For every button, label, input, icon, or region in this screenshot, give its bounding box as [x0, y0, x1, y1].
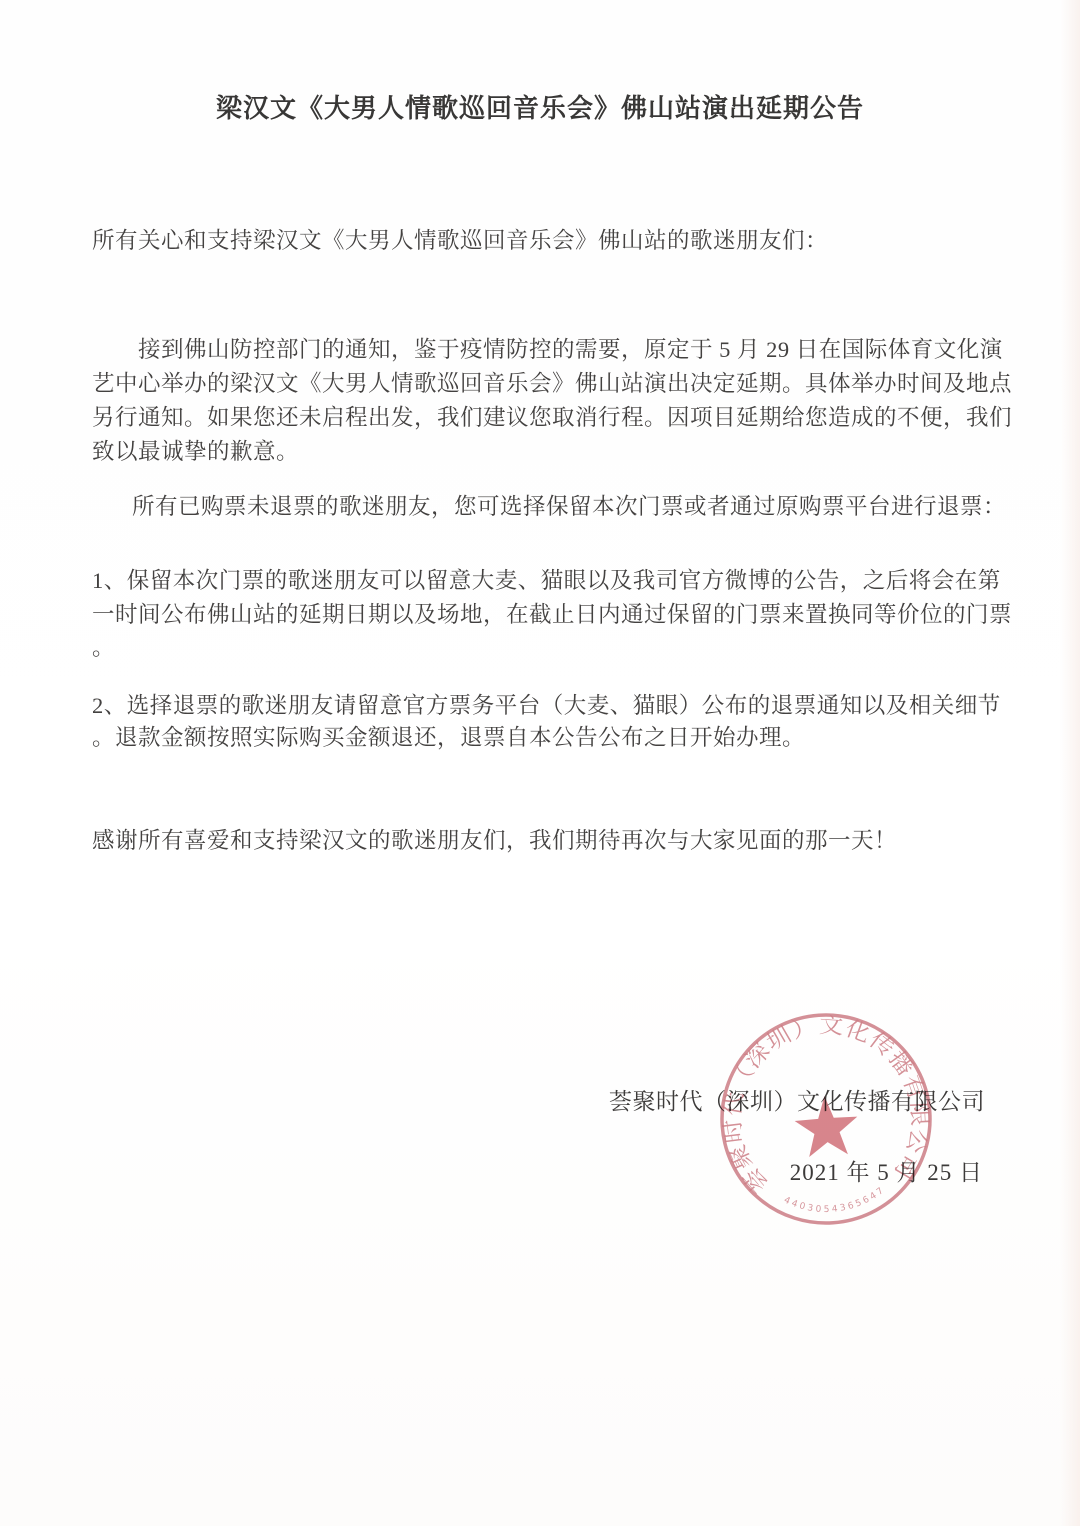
paragraph-line: 致以最诚挚的歉意。 [92, 435, 990, 469]
paragraph-ticket-options: 所有已购票未退票的歌迷朋友，您可选择保留本次门票或者通过原购票平台进行退票： [92, 490, 990, 524]
paragraph-line: 另行通知。如果您还未启程出发，我们建议您取消行程。因项目延期给您造成的不便，我们 [92, 401, 990, 435]
list-item-line: 。退款金额按照实际购买金额退还，退票自本公告公布之日开始办理。 [92, 722, 990, 754]
list-item-refund: 2、选择退票的歌迷朋友请留意官方票务平台（大麦、猫眼）公布的退票通知以及相关细节… [92, 690, 990, 754]
page-title: 梁汉文《大男人情歌巡回音乐会》佛山站演出延期公告 [0, 88, 1080, 125]
thanks-line: 感谢所有喜爱和支持梁汉文的歌迷朋友们，我们期待再次与大家见面的那一天！ [92, 824, 990, 858]
official-seal: 荟聚时代（深圳）文化传播有限公司 4403054365647 [709, 1002, 944, 1237]
list-item-keep-ticket: 1、保留本次门票的歌迷朋友可以留意大麦、猫眼以及我司官方微博的公告，之后将会在第… [92, 564, 990, 665]
list-item-line: 。 [92, 631, 990, 665]
paragraph-line: 接到佛山防控部门的通知，鉴于疫情防控的需要，原定于 5 月 29 日在国际体育文… [92, 333, 990, 367]
paragraph-line: 艺中心举办的梁汉文《大男人情歌巡回音乐会》佛山站演出决定延期。具体举办时间及地点 [92, 367, 990, 401]
paragraph-line: 所有已购票未退票的歌迷朋友，您可选择保留本次门票或者通过原购票平台进行退票： [92, 490, 990, 524]
scan-edge-tint [1060, 0, 1080, 1526]
scanned-announcement-page: 梁汉文《大男人情歌巡回音乐会》佛山站演出延期公告 所有关心和支持梁汉文《大男人情… [0, 0, 1080, 1526]
list-item-line: 一时间公布佛山站的延期日期以及场地，在截止日内通过保留的门票来置换同等价位的门票 [92, 598, 990, 632]
greeting-line: 所有关心和支持梁汉文《大男人情歌巡回音乐会》佛山站的歌迷朋友们： [92, 224, 990, 258]
list-item-line: 2、选择退票的歌迷朋友请留意官方票务平台（大麦、猫眼）公布的退票通知以及相关细节 [92, 690, 990, 722]
list-item-line: 1、保留本次门票的歌迷朋友可以留意大麦、猫眼以及我司官方微博的公告，之后将会在第 [92, 564, 990, 598]
greeting-text: 所有关心和支持梁汉文《大男人情歌巡回音乐会》佛山站的歌迷朋友们： [92, 224, 990, 258]
paragraph-postpone-notice: 接到佛山防控部门的通知，鉴于疫情防控的需要，原定于 5 月 29 日在国际体育文… [92, 333, 990, 469]
thanks-text: 感谢所有喜爱和支持梁汉文的歌迷朋友们，我们期待再次与大家见面的那一天！ [92, 824, 990, 858]
seal-star-icon [793, 1094, 860, 1158]
